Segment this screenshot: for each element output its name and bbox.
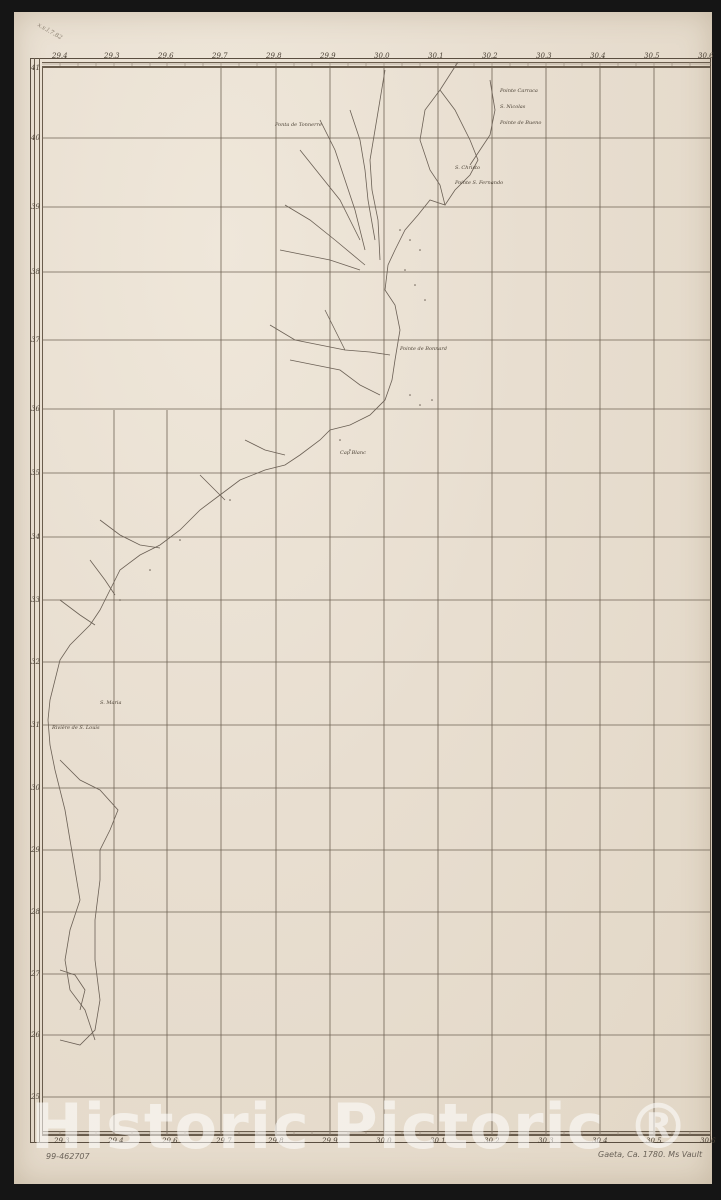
- graticule-and-coast: [0, 0, 721, 1200]
- top-scale-label: 30.2: [482, 52, 498, 60]
- left-scale-label: 39: [31, 203, 40, 211]
- top-scale-label: 29.9: [320, 52, 336, 60]
- left-scale-label: 36: [31, 405, 40, 413]
- place-label: Rivière de S. Louis: [52, 725, 100, 731]
- place-label: Pointe Carraca: [500, 88, 538, 94]
- place-label: S. Nicolas: [500, 104, 525, 110]
- top-scale-label: 29.7: [212, 52, 228, 60]
- top-scale-label: 30.3: [536, 52, 552, 60]
- left-scale-label: 26: [31, 1031, 40, 1039]
- top-scale-label: 29.6: [158, 52, 174, 60]
- left-scale-label: 32: [31, 658, 40, 666]
- place-label: Pointe S. Fernando: [455, 180, 503, 186]
- graticule-grid: [42, 67, 711, 1135]
- top-scale-label: 30.5: [644, 52, 660, 60]
- top-scale-label: 30.4: [590, 52, 606, 60]
- left-scale-label: 31: [31, 721, 40, 729]
- place-label: Ponta de Tonnerre: [275, 122, 322, 128]
- coastline: [48, 62, 495, 1045]
- left-scale-label: 40: [31, 134, 40, 142]
- top-scale-label: 29.4: [52, 52, 68, 60]
- left-scale-label: 27: [31, 970, 40, 978]
- place-label: Cap Blanc: [340, 450, 366, 456]
- place-label: S. Maria: [100, 700, 122, 706]
- place-label: Pointe de Bueno: [500, 120, 541, 126]
- top-scale-label: 30.6: [698, 52, 714, 60]
- watermark: Historic Pictoric ®: [0, 1090, 721, 1163]
- left-scale-label: 29: [31, 846, 40, 854]
- top-scale-label: 29.8: [266, 52, 282, 60]
- left-scale-label: 41: [31, 64, 40, 72]
- place-label: S. Christo: [455, 165, 480, 171]
- left-scale-label: 30: [31, 784, 40, 792]
- left-scale-label: 35: [31, 469, 40, 477]
- top-scale-label: 30.0: [374, 52, 390, 60]
- left-scale-label: 28: [31, 908, 40, 916]
- top-scale-label: 30.1: [428, 52, 444, 60]
- left-scale-label: 34: [31, 533, 40, 541]
- left-scale-label: 38: [31, 268, 40, 276]
- left-scale-label: 37: [31, 336, 40, 344]
- top-scale-label: 29.3: [104, 52, 120, 60]
- left-scale-label: 33: [31, 596, 40, 604]
- place-label: Pointe de Bonnard: [400, 346, 447, 352]
